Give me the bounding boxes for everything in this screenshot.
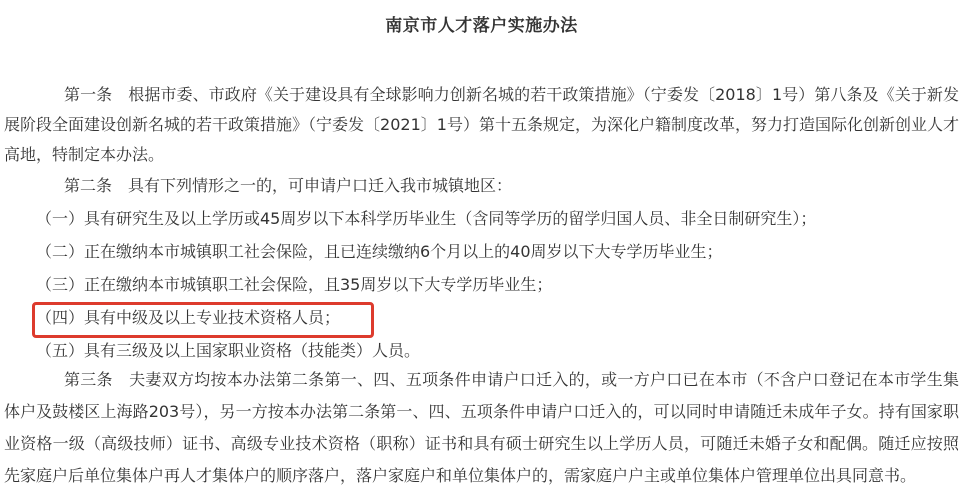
- list-item-2: （二）正在缴纳本市城镇职工社会保险，且已连续缴纳6个月以上的40周岁以下大专学历…: [4, 237, 959, 267]
- paragraph-article-3: 第三条 夫妻双方均按本办法第二条第一、四、五项条件申请户口迁入的，或一方户口已在…: [4, 364, 959, 485]
- list-item-4-text: （四）具有中级及以上专业技术资格人员；: [36, 308, 340, 327]
- document-title: 南京市人才落户实施办法: [4, 14, 959, 38]
- paragraph-article-1: 第一条 根据市委、市政府《关于建设具有全球影响力创新名城的若干政策措施》（宁委发…: [4, 80, 959, 170]
- document-page: 南京市人才落户实施办法 第一条 根据市委、市政府《关于建设具有全球影响力创新名城…: [0, 14, 963, 485]
- list-item-5: （五）具有三级及以上国家职业资格（技能类）人员。: [4, 336, 959, 366]
- paragraph-article-2: 第二条 具有下列情形之一的，可申请户口迁入我市城镇地区：: [4, 171, 959, 201]
- list-item-3: （三）正在缴纳本市城镇职工社会保险，且35周岁以下大专学历毕业生；: [4, 270, 959, 300]
- list-item-1: （一）具有研究生及以上学历或45周岁以下本科学历毕业生（含同等学历的留学归国人员…: [4, 204, 959, 234]
- list-item-4: （四）具有中级及以上专业技术资格人员；: [4, 303, 959, 333]
